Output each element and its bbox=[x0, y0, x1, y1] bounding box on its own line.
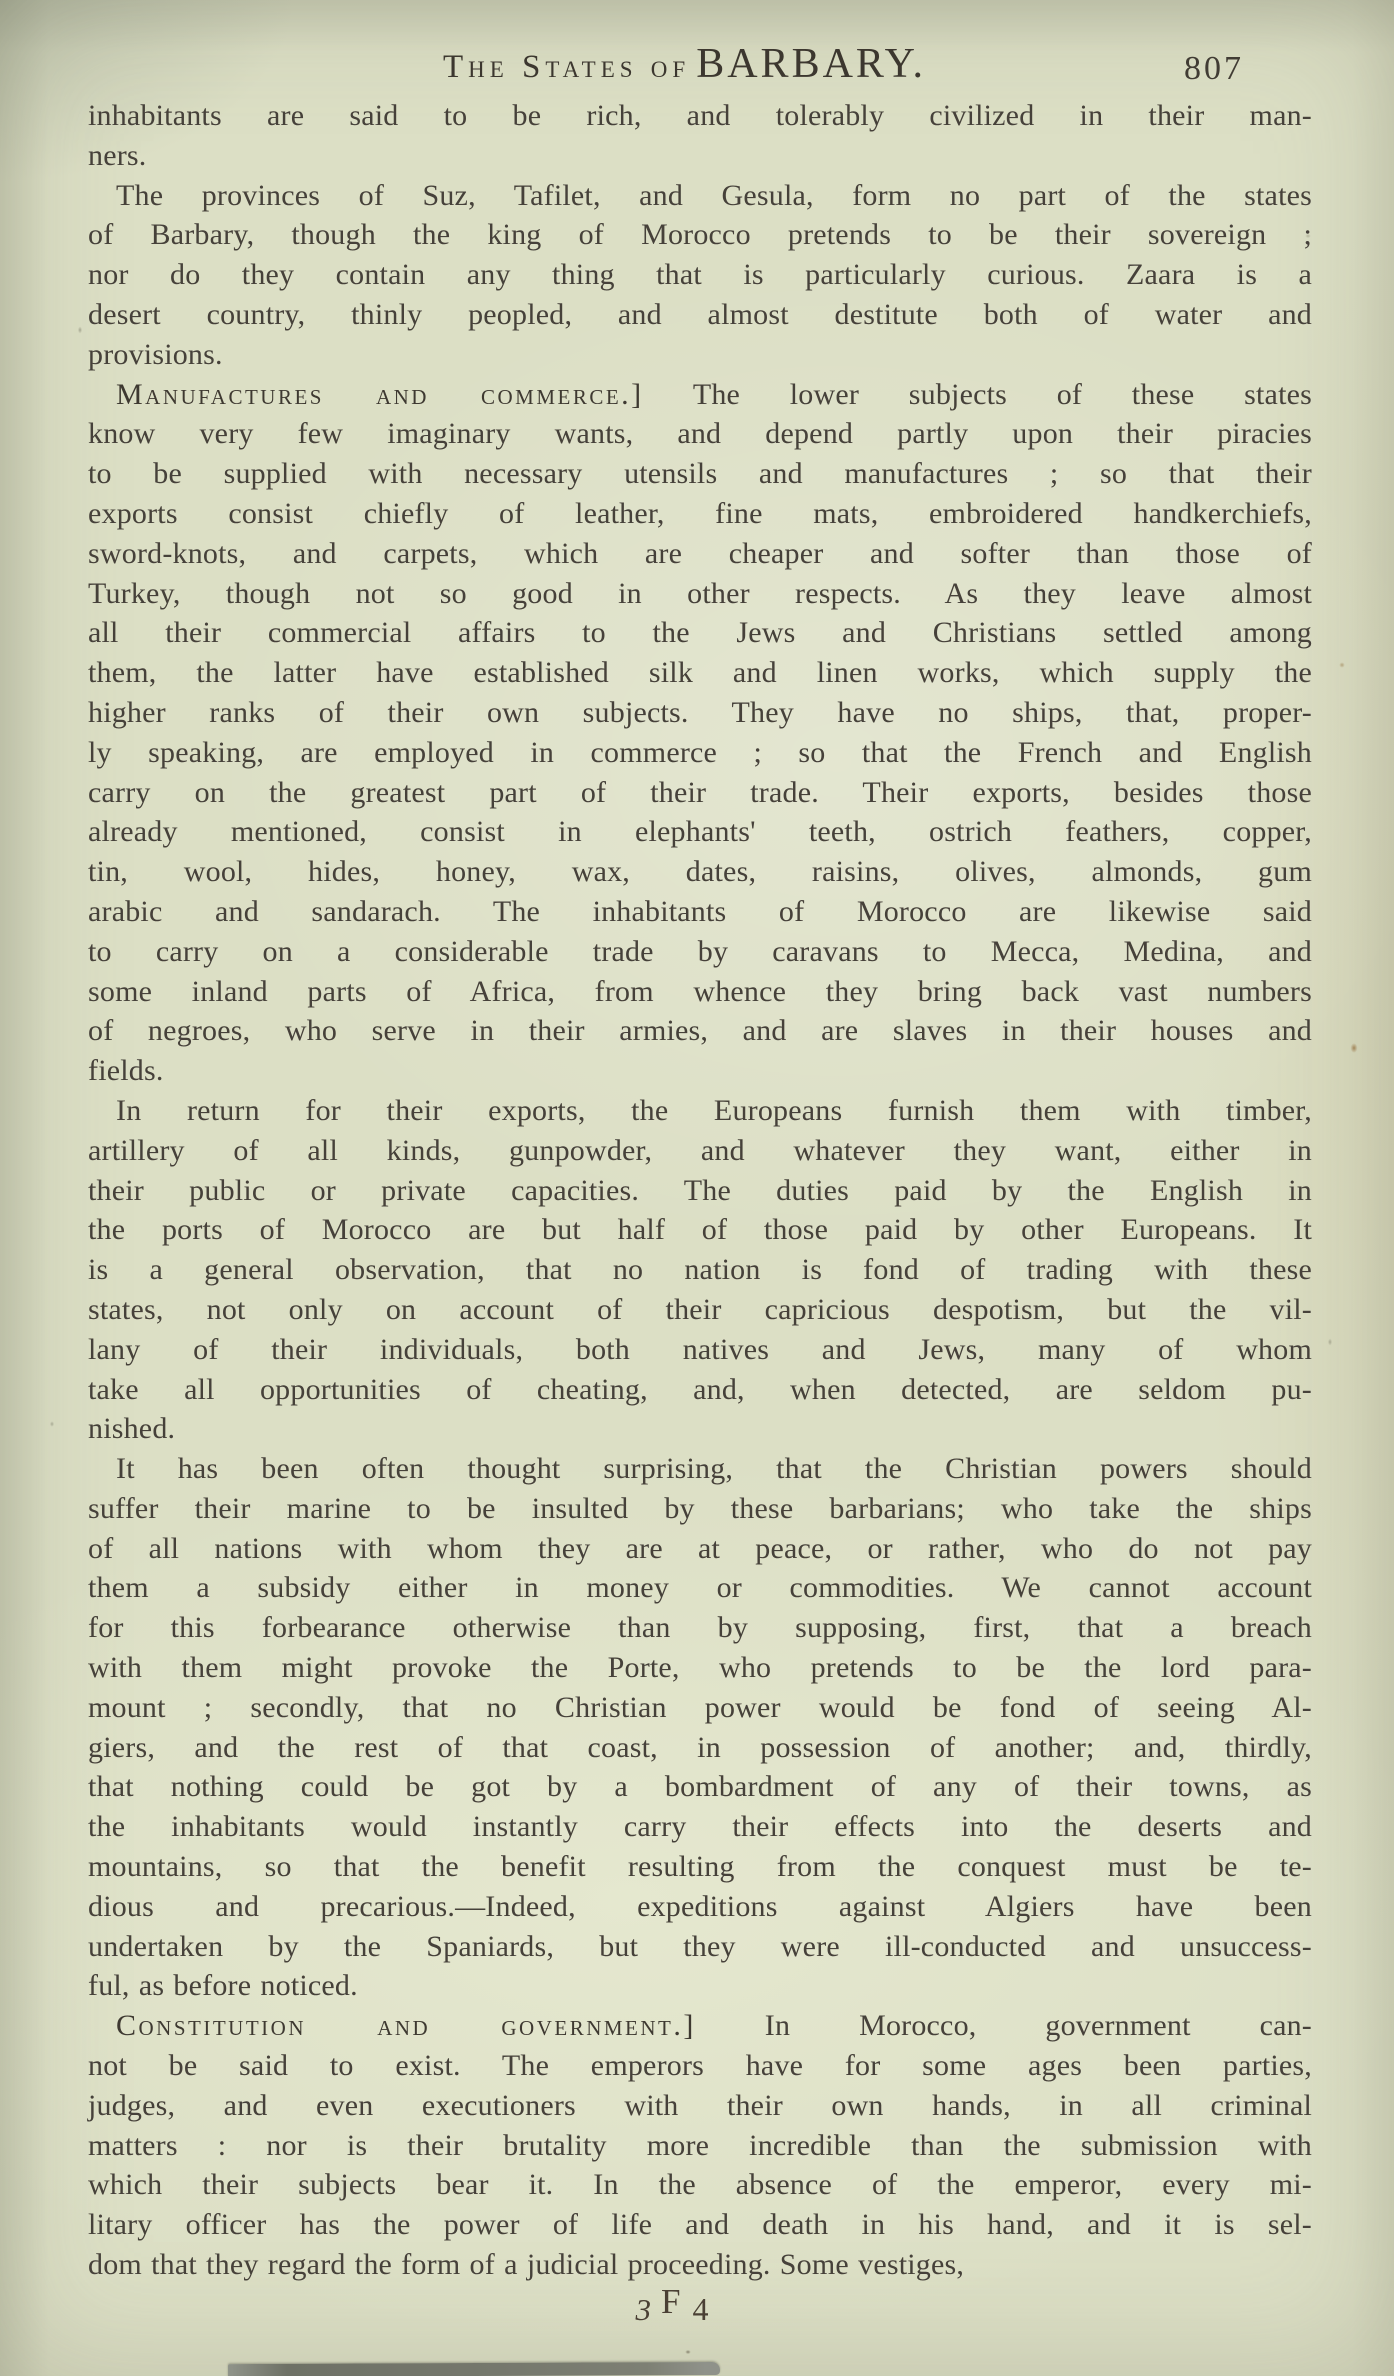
text-line: ful, as before noticed. bbox=[88, 1966, 1312, 2006]
text-line: all their commercial affairs to the Jews… bbox=[88, 613, 1312, 653]
text-body: inhabitants are said to be rich, and tol… bbox=[88, 96, 1312, 2285]
running-title: The States ofBARBARY. bbox=[443, 40, 926, 88]
text-line: with them might provoke the Porte, who p… bbox=[88, 1648, 1312, 1688]
text-line: It has been often thought surprising, th… bbox=[88, 1449, 1312, 1489]
text-line: sword-knots, and carpets, which are chea… bbox=[88, 534, 1312, 574]
text-line: In return for their exports, the Europea… bbox=[88, 1091, 1312, 1131]
text-line: their public or private capacities. The … bbox=[88, 1171, 1312, 1211]
text-line: to be supplied with necessary utensils a… bbox=[88, 454, 1312, 494]
text-line: the inhabitants would instantly carry th… bbox=[88, 1807, 1312, 1847]
text-line: The provinces of Suz, Tafilet, and Gesul… bbox=[88, 176, 1312, 216]
text-line: states, not only on account of their cap… bbox=[88, 1290, 1312, 1330]
scan-artifact-bar bbox=[228, 2362, 720, 2376]
text-line: that nothing could be got by a bombardme… bbox=[88, 1767, 1312, 1807]
section-head-small-caps: Manufactures and commerce.] bbox=[116, 378, 644, 411]
printers-signature-mark: 3F4 bbox=[636, 2282, 709, 2322]
text-line: which their subjects bear it. In the abs… bbox=[88, 2165, 1312, 2205]
text-line: judges, and even executioners with their… bbox=[88, 2086, 1312, 2126]
text-line: know very few imaginary wants, and depen… bbox=[88, 414, 1312, 454]
running-title-prefix: The States of bbox=[443, 49, 690, 85]
text-line: nished. bbox=[88, 1409, 1312, 1449]
paragraph: It has been often thought surprising, th… bbox=[88, 1449, 1312, 2006]
text-line: dom that they regard the form of a judic… bbox=[88, 2245, 1312, 2285]
text-line: some inland parts of Africa, from whence… bbox=[88, 972, 1312, 1012]
text-line: giers, and the rest of that coast, in po… bbox=[88, 1728, 1312, 1768]
text-line: provisions. bbox=[88, 335, 1312, 375]
text-line: arabic and sandarach. The inhabitants of… bbox=[88, 892, 1312, 932]
text-line: to carry on a considerable trade by cara… bbox=[88, 932, 1312, 972]
text-line: the ports of Morocco are but half of tho… bbox=[88, 1210, 1312, 1250]
text-line: ners. bbox=[88, 136, 1312, 176]
text-line: suffer their marine to be insulted by th… bbox=[88, 1489, 1312, 1529]
text-line: inhabitants are said to be rich, and tol… bbox=[88, 96, 1312, 136]
text-line: Manufactures and commerce.] The lower su… bbox=[88, 375, 1312, 415]
text-line: matters : nor is their brutality more in… bbox=[88, 2126, 1312, 2166]
text-line: higher ranks of their own subjects. They… bbox=[88, 693, 1312, 733]
text-line: them a subsidy either in money or commod… bbox=[88, 1568, 1312, 1608]
section-head-small-caps: Constitution and government.] bbox=[116, 2009, 696, 2042]
text-line: not be said to exist. The emperors have … bbox=[88, 2046, 1312, 2086]
text-line: artillery of all kinds, gunpowder, and w… bbox=[88, 1131, 1312, 1171]
text-line: of Barbary, though the king of Morocco p… bbox=[88, 215, 1312, 255]
text-line: ly speaking, are employed in commerce ; … bbox=[88, 733, 1312, 773]
signature-numeral-right: 4 bbox=[692, 2291, 708, 2327]
text-line: of negroes, who serve in their armies, a… bbox=[88, 1011, 1312, 1051]
text-line: for this forbearance otherwise than by s… bbox=[88, 1608, 1312, 1648]
text-line: already mentioned, consist in elephants'… bbox=[88, 812, 1312, 852]
book-page: The States ofBARBARY. 807 inhabitants ar… bbox=[0, 0, 1394, 2376]
text-line: tin, wool, hides, honey, wax, dates, rai… bbox=[88, 852, 1312, 892]
page-number: 807 bbox=[1184, 50, 1244, 88]
text-line: take all opportunities of cheating, and,… bbox=[88, 1370, 1312, 1410]
text-line: nor do they contain any thing that is pa… bbox=[88, 255, 1312, 295]
text-line: fields. bbox=[88, 1051, 1312, 1091]
text-line: desert country, thinly peopled, and almo… bbox=[88, 295, 1312, 335]
paragraph: In return for their exports, the Europea… bbox=[88, 1091, 1312, 1449]
text-line: mount ; secondly, that no Christian powe… bbox=[88, 1688, 1312, 1728]
text-line: them, the latter have established silk a… bbox=[88, 653, 1312, 693]
text-line: carry on the greatest part of their trad… bbox=[88, 773, 1312, 813]
paragraph: Manufactures and commerce.] The lower su… bbox=[88, 375, 1312, 1091]
text-line: Turkey, though not so good in other resp… bbox=[88, 574, 1312, 614]
running-title-main: BARBARY. bbox=[696, 41, 926, 87]
paragraph: inhabitants are said to be rich, and tol… bbox=[88, 96, 1312, 176]
paragraph: The provinces of Suz, Tafilet, and Gesul… bbox=[88, 176, 1312, 375]
text-line: is a general observation, that no nation… bbox=[88, 1250, 1312, 1290]
signature-letter: F bbox=[661, 2282, 680, 2321]
text-line: undertaken by the Spaniards, but they we… bbox=[88, 1927, 1312, 1967]
text-line: of all nations with whom they are at pea… bbox=[88, 1529, 1312, 1569]
text-line: exports consist chiefly of leather, fine… bbox=[88, 494, 1312, 534]
paragraph: Constitution and government.] In Morocco… bbox=[88, 2006, 1312, 2285]
text-line: Constitution and government.] In Morocco… bbox=[88, 2006, 1312, 2046]
text-line: dious and precarious.—Indeed, expedition… bbox=[88, 1887, 1312, 1927]
text-line: mountains, so that the benefit resulting… bbox=[88, 1847, 1312, 1887]
text-line: lany of their individuals, both natives … bbox=[88, 1330, 1312, 1370]
signature-numeral-left: 3 bbox=[636, 2292, 652, 2327]
text-line: litary officer has the power of life and… bbox=[88, 2205, 1312, 2245]
